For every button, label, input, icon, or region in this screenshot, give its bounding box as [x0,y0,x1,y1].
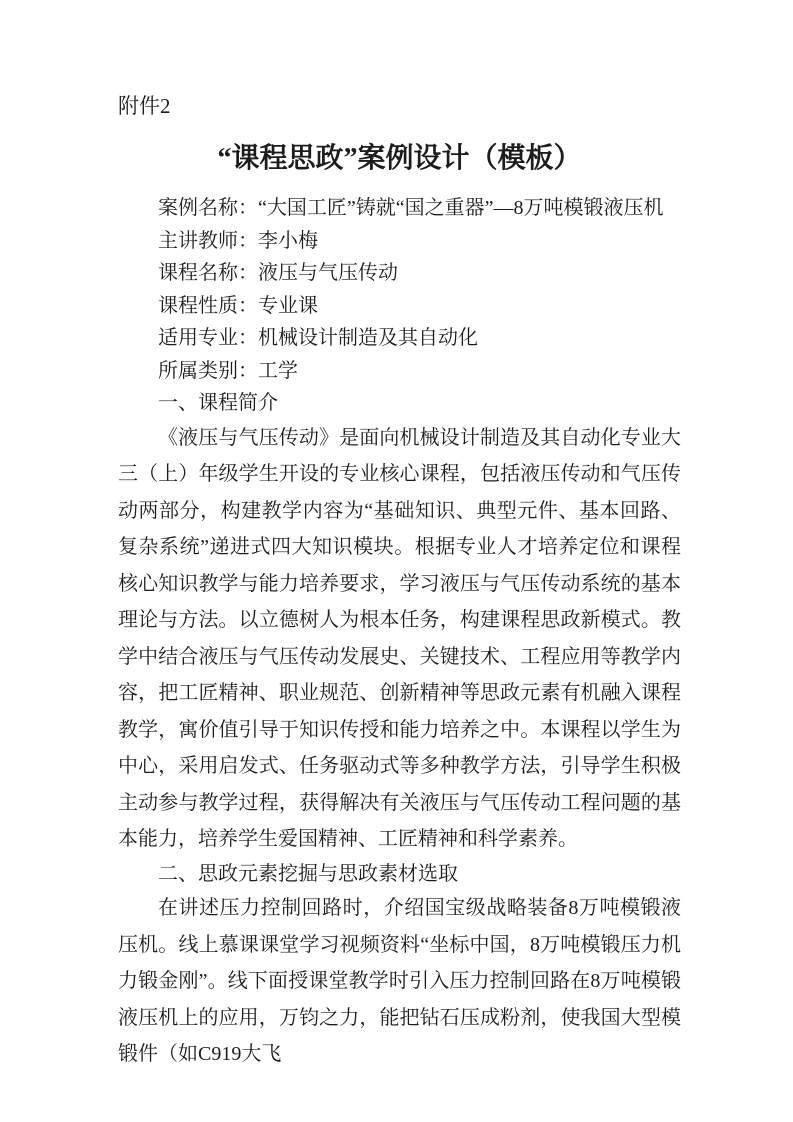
meta-discipline-category: 所属类别：工学 [118,355,681,388]
section-1-paragraph: 《液压与气压传动》是面向机械设计制造及其自动化专业大三（上）年级学生开设的专业核… [118,420,681,858]
meta-course-name: 课程名称：液压与气压传动 [118,257,681,290]
meta-block: 案例名称：“大国工匠”铸就“国之重器”—8万吨模锻液压机 主讲教师：李小梅 课程… [118,192,681,420]
meta-lecturer: 主讲教师：李小梅 [118,225,681,258]
section-2-paragraph: 在讲述压力控制回路时，介绍国宝级战略装备8万吨模锻液压机。线上慕课课堂学习视频资… [118,890,681,1073]
section-2-heading: 二、思政元素挖掘与思政素材选取 [118,858,681,891]
meta-applicable-major: 适用专业：机械设计制造及其自动化 [118,322,681,355]
section-1-heading: 一、课程简介 [118,387,681,420]
meta-course-type: 课程性质：专业课 [118,290,681,323]
meta-case-name: 案例名称：“大国工匠”铸就“国之重器”—8万吨模锻液压机 [118,192,681,225]
page-content: 附件2 “课程思政”案例设计（模板） 案例名称：“大国工匠”铸就“国之重器”—8… [0,0,793,1122]
document-page: 附件2 “课程思政”案例设计（模板） 案例名称：“大国工匠”铸就“国之重器”—8… [0,0,793,1122]
document-title: “课程思政”案例设计（模板） [118,141,681,177]
attachment-label: 附件2 [118,93,681,119]
